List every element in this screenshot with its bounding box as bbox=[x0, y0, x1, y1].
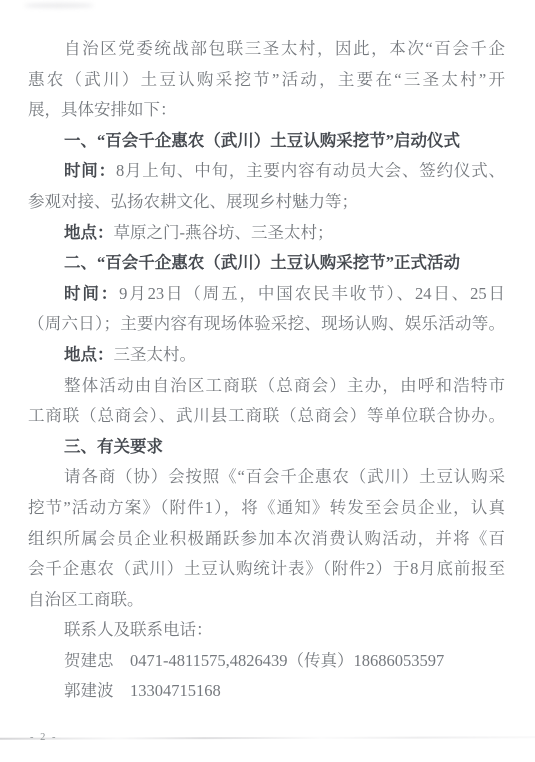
bold-label: 地点： bbox=[64, 223, 114, 242]
body-text: 8月上旬、中旬，主要内容有动员大会、签约仪式、 bbox=[116, 161, 505, 180]
section-heading: 二、“百会千企惠农（武川）土豆认购采挖节”正式活动 bbox=[28, 248, 505, 279]
text-line: 时间：9月23日（周五，中国农民丰收节）、24日、25日 bbox=[28, 279, 505, 310]
body-text: 组织所属会员企业积极踊跃参加本次消费认购活动，并将《百 bbox=[28, 529, 505, 548]
section-heading: 三、有关要求 bbox=[28, 432, 505, 463]
body-text: 参观对接、弘扬农耕文化、展现乡村魅力等； bbox=[28, 192, 358, 211]
text-line: （周六日）；主要内容有现场体验采挖、现场认购、娱乐活动等。 bbox=[28, 309, 505, 340]
body-text: 联系人及联系电话： bbox=[64, 620, 213, 639]
text-line: 时间：8月上旬、中旬，主要内容有动员大会、签约仪式、 bbox=[28, 156, 505, 187]
body-text: 展，具体安排如下： bbox=[28, 100, 177, 119]
body-text: 挖节”活动方案》（附件1），将《通知》转发至会员企业，认真 bbox=[28, 498, 505, 517]
scan-smudge-artifact bbox=[24, 3, 94, 8]
body-text: 请各商（协）会按照《“百会千企惠农（武川）土豆认购采 bbox=[64, 467, 505, 486]
bold-label: 地点： bbox=[64, 345, 114, 364]
text-line: 请各商（协）会按照《“百会千企惠农（武川）土豆认购采 bbox=[28, 462, 505, 493]
body-text: （周六日）；主要内容有现场体验采挖、现场认购、娱乐活动等。 bbox=[28, 314, 505, 333]
contact-line: 贺建忠 0471-4811575,4826439（传真）18686053597 bbox=[28, 646, 505, 677]
text-line: 整体活动由自治区工商联（总商会）主办，由呼和浩特市 bbox=[28, 371, 505, 402]
text-line: 自治区工商联。 bbox=[28, 585, 505, 616]
body-text: 三圣太村。 bbox=[114, 345, 197, 364]
body-text: 贺建忠 0471-4811575,4826439（传真）18686053597 bbox=[64, 651, 444, 670]
text-line: 会千企惠农（武川）土豆认购统计表》（附件2）于8月底前报至 bbox=[28, 554, 505, 585]
text-line: 联系人及联系电话： bbox=[28, 615, 505, 646]
bold-label: 一、“百会千企惠农（武川）土豆认购采挖节”启动仪式 bbox=[64, 131, 460, 150]
body-text: 自治区党委统战部包联三圣太村，因此，本次“百会千企 bbox=[64, 39, 505, 58]
text-line: 工商联（总商会）、武川县工商联（总商会）等单位联合协办。 bbox=[28, 401, 505, 432]
text-line: 自治区党委统战部包联三圣太村，因此，本次“百会千企 bbox=[28, 34, 505, 65]
bold-label: 时间： bbox=[64, 284, 119, 303]
document-page: 自治区党委统战部包联三圣太村，因此，本次“百会千企惠农（武川）土豆认购采挖节”活… bbox=[0, 0, 535, 762]
body-text: 惠农（武川）土豆认购采挖节”活动，主要在“三圣太村”开 bbox=[28, 70, 505, 89]
body-text: 自治区工商联。 bbox=[28, 590, 144, 609]
body-text: 郭建波 13304715168 bbox=[64, 681, 221, 700]
text-line: 挖节”活动方案》（附件1），将《通知》转发至会员企业，认真 bbox=[28, 493, 505, 524]
bold-label: 三、有关要求 bbox=[64, 437, 163, 456]
bold-label: 时间： bbox=[64, 161, 116, 180]
body-text: 会千企惠农（武川）土豆认购统计表》（附件2）于8月底前报至 bbox=[28, 559, 505, 578]
bold-label: 二、“百会千企惠农（武川）土豆认购采挖节”正式活动 bbox=[64, 253, 460, 272]
body-text: 草原之门-燕谷坊、三圣太村； bbox=[114, 223, 334, 242]
text-line: 地点：三圣太村。 bbox=[28, 340, 505, 371]
document-body: 自治区党委统战部包联三圣太村，因此，本次“百会千企惠农（武川）土豆认购采挖节”活… bbox=[28, 34, 505, 707]
page-number: - 2 - bbox=[30, 732, 58, 743]
body-text: 9月23日（周五，中国农民丰收节）、24日、25日 bbox=[119, 284, 505, 303]
text-line: 地点：草原之门-燕谷坊、三圣太村； bbox=[28, 218, 505, 249]
text-line: 展，具体安排如下： bbox=[28, 95, 505, 126]
body-text: 工商联（总商会）、武川县工商联（总商会）等单位联合协办。 bbox=[28, 406, 505, 425]
body-text: 整体活动由自治区工商联（总商会）主办，由呼和浩特市 bbox=[64, 376, 505, 395]
contact-line: 郭建波 13304715168 bbox=[28, 676, 505, 707]
text-line: 参观对接、弘扬农耕文化、展现乡村魅力等； bbox=[28, 187, 505, 218]
text-line: 组织所属会员企业积极踊跃参加本次消费认购活动，并将《百 bbox=[28, 524, 505, 555]
scan-artifact-line bbox=[0, 736, 535, 739]
section-heading: 一、“百会千企惠农（武川）土豆认购采挖节”启动仪式 bbox=[28, 126, 505, 157]
text-line: 惠农（武川）土豆认购采挖节”活动，主要在“三圣太村”开 bbox=[28, 65, 505, 96]
